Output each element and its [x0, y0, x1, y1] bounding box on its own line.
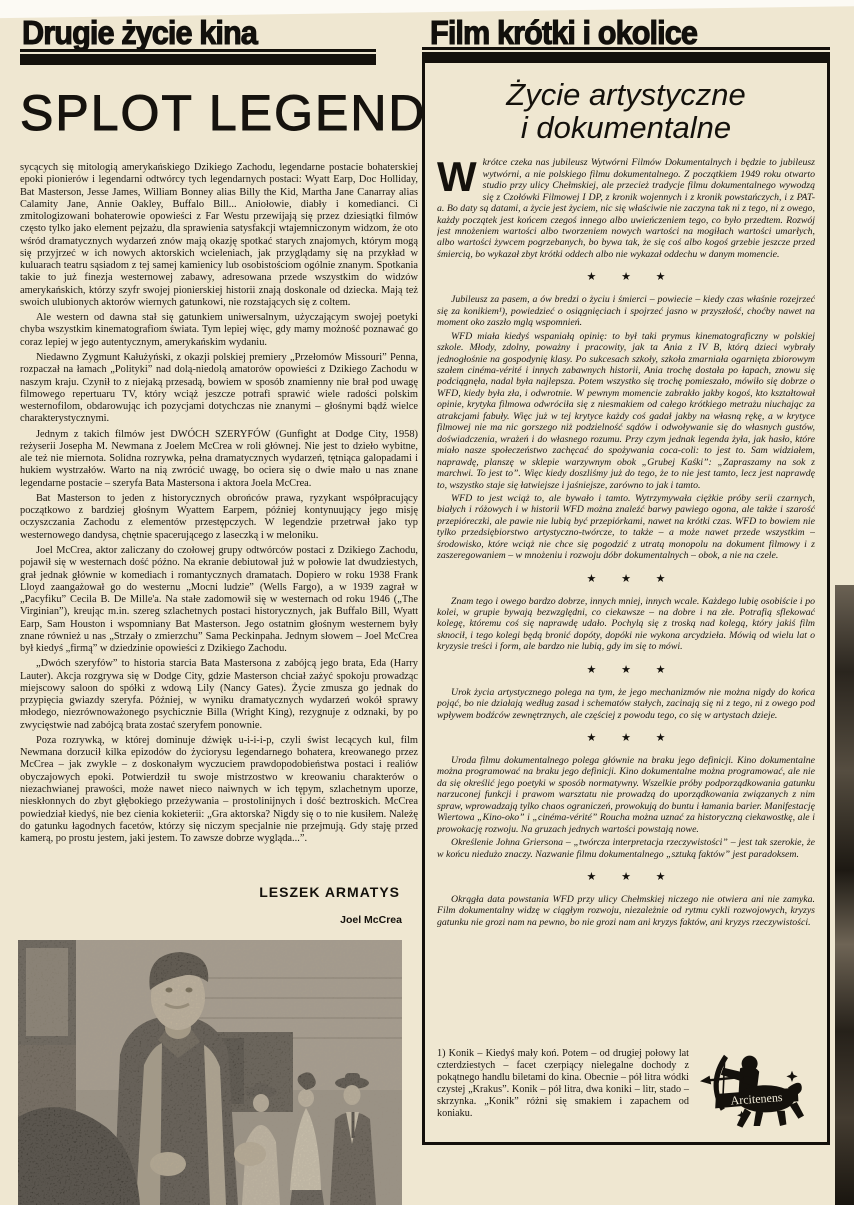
star-separator: ★ ★ ★ [437, 871, 815, 884]
body-paragraph: Okrągła data powstania WFD przy ulicy Ch… [437, 894, 815, 928]
body-paragraph: WFD to jest wciąż to, ale bywało i tamto… [437, 493, 815, 562]
thick-rule [20, 54, 376, 65]
body-paragraph: Bat Masterson to jeden z historycznych o… [20, 493, 418, 542]
body-paragraph: Jubileusz za pasem, a ów bredzi o życiu … [437, 294, 815, 328]
article-box: Życie artystyczne i dokumentalne Wkrótce… [422, 63, 830, 1145]
lead-paragraph: Wkrótce czeka nas jubileusz Wytwórni Fil… [437, 157, 815, 260]
body-paragraph: WFD miała kiedyś wspaniałą opinię: to by… [437, 331, 815, 491]
thick-rule [422, 52, 830, 63]
body-paragraph: „Dwóch szeryfów” to historia starcia Bat… [20, 658, 418, 732]
body-paragraph: Znam tego i owego bardzo dobrze, innych … [437, 596, 815, 653]
body-paragraph: Joel McCrea, aktor zaliczany do czołowej… [20, 545, 418, 655]
article-title-line1: Życie artystyczne [437, 78, 815, 111]
article-title-line2: i dokumentalne [437, 111, 815, 144]
footnote-row: 1) Konik – Kiedyś mały koń. Potem – od d… [437, 1048, 815, 1130]
thin-rule [20, 49, 376, 52]
star-separator: ★ ★ ★ [437, 573, 815, 586]
footnote-text: 1) Konik – Kiedyś mały koń. Potem – od d… [437, 1048, 689, 1120]
sagittarius-archer-icon: Arcitenens [689, 1048, 815, 1130]
magazine-page: { "colors": { "paper": "#efe7d1", "ink":… [0, 0, 854, 1205]
body-paragraph: Jednym z takich filmów jest DWÓCH SZERYF… [20, 429, 418, 490]
article-title-right: Życie artystyczne i dokumentalne [437, 78, 815, 144]
article-body-left: sycących się mitologią amerykańskiego Dz… [20, 162, 418, 886]
body-paragraph: sycących się mitologią amerykańskiego Dz… [20, 162, 418, 309]
drop-cap: W [437, 160, 477, 194]
western-scene-illustration [18, 940, 402, 1205]
lead-text: krótce czeka nas jubileusz Wytwórni Film… [437, 157, 815, 260]
photo-caption: Joel McCrea [20, 914, 402, 926]
header-rule-left [20, 49, 376, 65]
section-header-left: Drugie życie kina [22, 14, 257, 52]
right-sections: ★ ★ ★Jubileusz za pasem, a ów bredzi o ż… [437, 271, 815, 928]
star-separator: ★ ★ ★ [437, 271, 815, 284]
body-paragraph: Określenie Johna Griersona – „twórcza in… [437, 837, 815, 860]
film-still-photo [18, 940, 402, 1205]
thin-rule [422, 47, 830, 50]
boxed-article: Życie artystyczne i dokumentalne Wkrótce… [422, 47, 830, 1145]
edge-photo-fragment [835, 585, 854, 1205]
body-paragraph: Urok życia artystycznego polega na tym, … [437, 687, 815, 721]
article-title-left: SPLOT LEGEND [20, 84, 420, 142]
author-byline: LESZEK ARMATYS [20, 884, 400, 900]
star-separator: ★ ★ ★ [437, 732, 815, 745]
body-paragraph: Niedawno Zygmunt Kałużyński, z okazji po… [20, 352, 418, 426]
star-separator: ★ ★ ★ [437, 664, 815, 677]
body-paragraph: Poza rozrywką, w której dominuje dźwięk … [20, 735, 418, 845]
body-paragraph: Ale western od dawna stał się gatunkiem … [20, 312, 418, 349]
article-body-right: Wkrótce czeka nas jubileusz Wytwórni Fil… [437, 157, 815, 1043]
body-paragraph: Uroda filmu dokumentalnego polega główni… [437, 755, 815, 835]
